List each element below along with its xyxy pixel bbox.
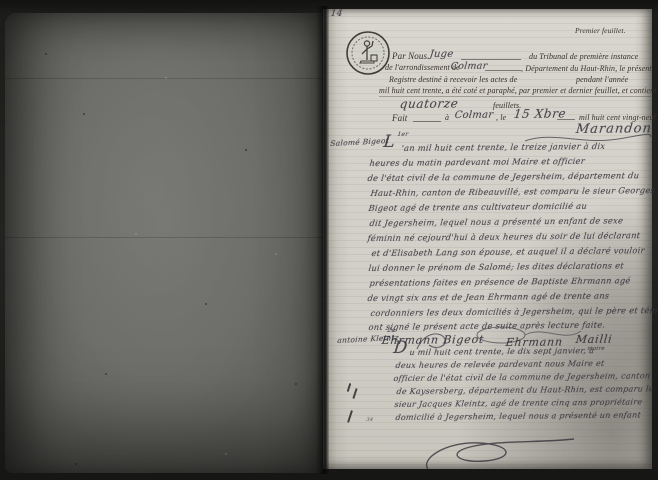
manuscript-line: Bigeot agé de trente ans cultivateur dom…: [368, 201, 588, 213]
manuscript-line: lui donner le prénom de Salomé; les dite…: [368, 260, 624, 273]
entry1-margin-name: Salomé Bigeot: [330, 136, 389, 148]
manuscript-line: sieur Jacques Kleintz, agé de trente cin…: [394, 397, 643, 409]
entry1-margin-ordinal: 1er: [397, 131, 409, 138]
book-spine-shadow: [316, 6, 329, 474]
header-arrondissement-label: de l'arrondissement de: [385, 63, 460, 72]
manuscript-line: heures du matin pardevant moi Maire et o…: [369, 156, 586, 168]
manuscript-line: de vingt six ans et de Jean Ehrmann agé …: [367, 290, 610, 303]
header-a: à: [445, 113, 449, 122]
header-lieu-handwritten: Colmar: [454, 110, 494, 121]
book-cover: [5, 13, 323, 473]
manuscript-line: u mil huit cent trente, le dix sept janv…: [409, 346, 595, 357]
form-blank-rule: [413, 121, 441, 122]
ink-mark: [352, 388, 357, 399]
form-blank-rule: [485, 70, 521, 71]
ink-mark: [347, 383, 352, 392]
header-arrondissement-handwritten: Colmar: [450, 61, 488, 72]
manuscript-line: deux heures de relevée pardevant nous Ma…: [395, 359, 605, 370]
small-page-number: 34: [366, 417, 374, 423]
manuscript-line: cordonniers les deux domiciliés à Jegers…: [370, 305, 658, 318]
manuscript-line: de l'état civil de la commune de Jegersh…: [367, 170, 640, 183]
paper-speckle-texture: [45, 53, 47, 55]
header-cote-line: mil huit cent trente, a été coté et para…: [379, 86, 657, 95]
manuscript-line: dit Jegersheim, lequel nous a présenté u…: [369, 215, 624, 228]
folio-number: 14: [330, 9, 343, 19]
manuscript-line: officier de l'état civil de la commune d…: [393, 371, 651, 383]
header-pendant-annee: pendant l'année: [576, 75, 628, 84]
registry-page: 14 Premier feuillet. Par Nous Juge du Tr…: [323, 9, 652, 469]
signature-paraph-icon: [473, 323, 583, 345]
header-judge-handwritten: Juge: [429, 49, 454, 60]
header-par-nous: Par Nous: [392, 51, 427, 61]
manuscript-line: 'an mil huit cent trente, le treize janv…: [401, 141, 606, 153]
header-fait: Fait: [392, 113, 407, 123]
manuscript-line: présentations faites en présence de Bapt…: [369, 275, 631, 288]
header-feuillets-count-handwritten: quatorze: [399, 96, 459, 111]
header-registre: Registre destiné à recevoir les actes de: [389, 75, 517, 84]
form-blank-rule: [557, 119, 575, 120]
scanned-register-image: 14 Premier feuillet. Par Nous Juge du Tr…: [0, 0, 658, 480]
manuscript-line: et d'Elisabeth Lang son épouse, et auque…: [371, 245, 645, 258]
ink-mark: [347, 410, 353, 423]
entry2-initial-capital: D: [393, 343, 408, 353]
entry2-margin-ordinal: 2e: [387, 327, 396, 334]
closing-flourish-icon: [418, 429, 578, 475]
manuscript-line: de Kaysersberg, département du Haut-Rhin…: [396, 384, 654, 396]
entry1-initial-capital: L: [383, 137, 396, 147]
header-departement: , Département du Haut-Rhin, le présent: [521, 64, 652, 73]
header-le: , le: [496, 113, 506, 122]
cover-crease-line: [5, 78, 323, 79]
manuscript-line: domicilié à Jegersheim, lequel nous a pr…: [395, 410, 641, 422]
manuscript-line: Haut-Rhin, canton de Ribeauvillé, est co…: [370, 185, 656, 198]
corner-label: Premier feuillet.: [575, 26, 626, 35]
manuscript-line: féminin né cejourd'hui à deux heures du …: [367, 230, 641, 243]
cover-crease-line: [5, 237, 323, 238]
header-tribunal: du Tribunal de première instance: [529, 52, 638, 61]
